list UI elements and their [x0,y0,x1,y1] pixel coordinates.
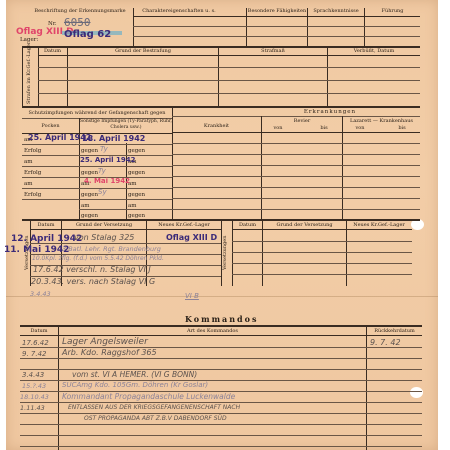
vr-col-grund: Grund der Versetzung [263,222,346,228]
rule [20,358,422,359]
k-col-datum: Datum [20,328,58,334]
revier-von: von [268,125,288,131]
kommando-text: vom st. VI A HEMER. (VI G BONN) [72,370,197,379]
col-fuehrung: Führung [365,8,420,14]
col-pocken: Pocken [22,123,79,129]
rule [133,26,420,27]
initial: Sy [98,188,107,196]
label-gegen: gegen [81,148,98,154]
strafen-col-verbuesst: Verbüßt, Datum [328,48,420,54]
vl-col-datum: Datum [31,222,61,228]
stamp-sonstige-2: 25. April 1942 [80,156,135,164]
vr-col-lager: Neues Kr.Gef.-Lager [347,222,411,228]
entry-camp-note: VI B [185,292,199,300]
kommando-text: OST PROPAGANDA ABT Z.B.V DABENDORF SÜD [84,415,227,422]
revier-bis: bis [314,125,334,131]
initial: Ty [98,167,106,175]
rule [172,132,420,133]
rule [172,198,420,199]
rule [232,252,412,253]
rule [30,229,221,230]
col-sonstige: Sonstige Impfungen (Ty-Paratyph, Ruhr, C… [80,119,172,131]
kommandos-title: Kommandos [185,314,258,324]
entry-unit: 3.Batl. Lehr. Rgt. Brandenburg [62,245,161,253]
stamp-camp: Oflag XIII D [166,233,217,242]
entry-kompanie: 10.0Kpl. zflg. (f.d.) vom 5.5.42 Döhren … [32,255,164,262]
rule [22,166,172,167]
entry-transfer-1: 17.6.42 verschl. n. Stalag VI J [33,265,151,274]
rule [79,209,172,210]
punch-hole-top [411,219,424,230]
vl-col-lager: Neues Kr.Gef.-Lager [147,222,221,228]
rule [232,229,412,230]
stamp-sonstige-3: 4. Mai 1942 [84,177,130,185]
rule [20,446,422,447]
lazarett-bis: bis [392,125,412,131]
strafen-col-grund: Grund der Bestrafung [68,48,218,54]
rule [20,325,422,327]
erkrankungen-title: Erkrankungen [240,109,420,115]
label-am: am [24,181,33,187]
entry-from-stalag: von Stalag 325 [74,233,134,242]
kommando-text: Kommandant Propagandaschule Luckenwalde [62,392,235,401]
entry-transfer-2: 20.3.43. vers. nach Stalag VI G [31,277,155,286]
rule [20,335,422,336]
kommando-date: 17.6.42 [22,339,49,347]
label-gegen: gegen [81,192,98,198]
col-revier: Revier [262,118,342,124]
rule [232,274,412,275]
k-col-art: Art des Kommandos [59,328,366,334]
strafen-side-label: Strafen im Kr.Gef.-Lager [26,42,32,104]
rule [22,199,172,200]
rule [172,116,420,117]
label-gegen: gegen [128,170,145,176]
rule [38,93,420,94]
rule [172,176,420,177]
col-krankheit: Krankheit [172,123,261,129]
rule [172,209,420,210]
stamp-sonstige-1: 18. April 1942 [82,134,145,143]
kommando-date: 9. 7.42 [22,350,47,358]
label-erfolg: Erfolg [24,148,41,154]
rule [133,36,420,37]
kommando-text: Arb. Kdo. Raggshof 365 [62,348,157,357]
label-gegen: gegen [128,148,145,154]
strafen-col-strafmass: Strafmaß [219,48,327,54]
initial: Ty [100,145,108,153]
impfungen-title: Schutzimpfungen während der Gefangenscha… [22,110,172,116]
divider [58,325,59,450]
rule [133,16,420,17]
vl-col-grund: Grund der Versetzung [62,222,146,228]
divider [366,325,367,450]
kommando-date: 3.4.43 [22,371,44,379]
vr-col-datum: Datum [233,222,262,228]
rule [172,165,420,166]
rule [20,424,422,425]
erkennungsmarke-label: Beschriftung der Erkennungsmarke [30,8,130,14]
rule [20,402,422,403]
kommando-text: Lager Angelsweiler [62,337,148,347]
label-erfolg: Erfolg [24,192,41,198]
col-sprachkenntnisse: Sprachkenntnisse [308,8,364,14]
lazarett-von: von [350,125,370,131]
kommando-text: ENTLASSEN AUS DER KRIEGSGEFANGENENSCHAFT… [68,404,240,411]
stamp-oflag-62: Oflag 62 [64,29,111,40]
rule [172,187,420,188]
versetzungen-right-side-label: Versetzungen [222,236,228,271]
rule [22,144,172,145]
stamp-date-1: 12. April 1942 [11,234,82,244]
kommando-date: 18.10.43 [20,393,49,401]
col-lazarett: Lazarett — Krankenhaus [343,118,420,124]
rule [22,188,172,189]
entry-date-note: 3.4.43 [30,290,51,298]
rule [38,67,420,68]
label-erfolg: Erfolg [24,170,41,176]
label-gegen: gegen [128,192,145,198]
k-col-rueckkehr: Rückkehrdatum [367,328,422,334]
label-gegen: gegen [81,170,98,176]
kommando-return-date: 9. 7. 42 [370,338,401,347]
rule [232,263,412,264]
rule [22,106,420,108]
rule [232,241,412,242]
col-faehigkeiten: Besondere Fähigkeiten [247,8,307,14]
col-charakter: Charaktereigenschaften u. s. [134,8,224,14]
rule [172,143,420,144]
kommando-date: 15.?.43 [22,382,46,390]
rule [20,413,422,414]
kommando-date: 1.11.43 [20,404,45,412]
strafen-col-datum: Datum [38,48,67,54]
rule [172,154,420,155]
punch-hole-bottom [410,387,423,398]
divider [22,46,23,106]
rule [38,55,420,56]
kommando-text: SUCAmg Kdo. 105Gm. Döhren (Kr Goslar) [62,381,208,389]
rule [38,80,420,81]
rule [20,435,422,436]
stamp-date-2: 11. Mai 1942 [4,245,69,255]
fold-line [6,296,438,297]
label-am: am [24,159,33,165]
